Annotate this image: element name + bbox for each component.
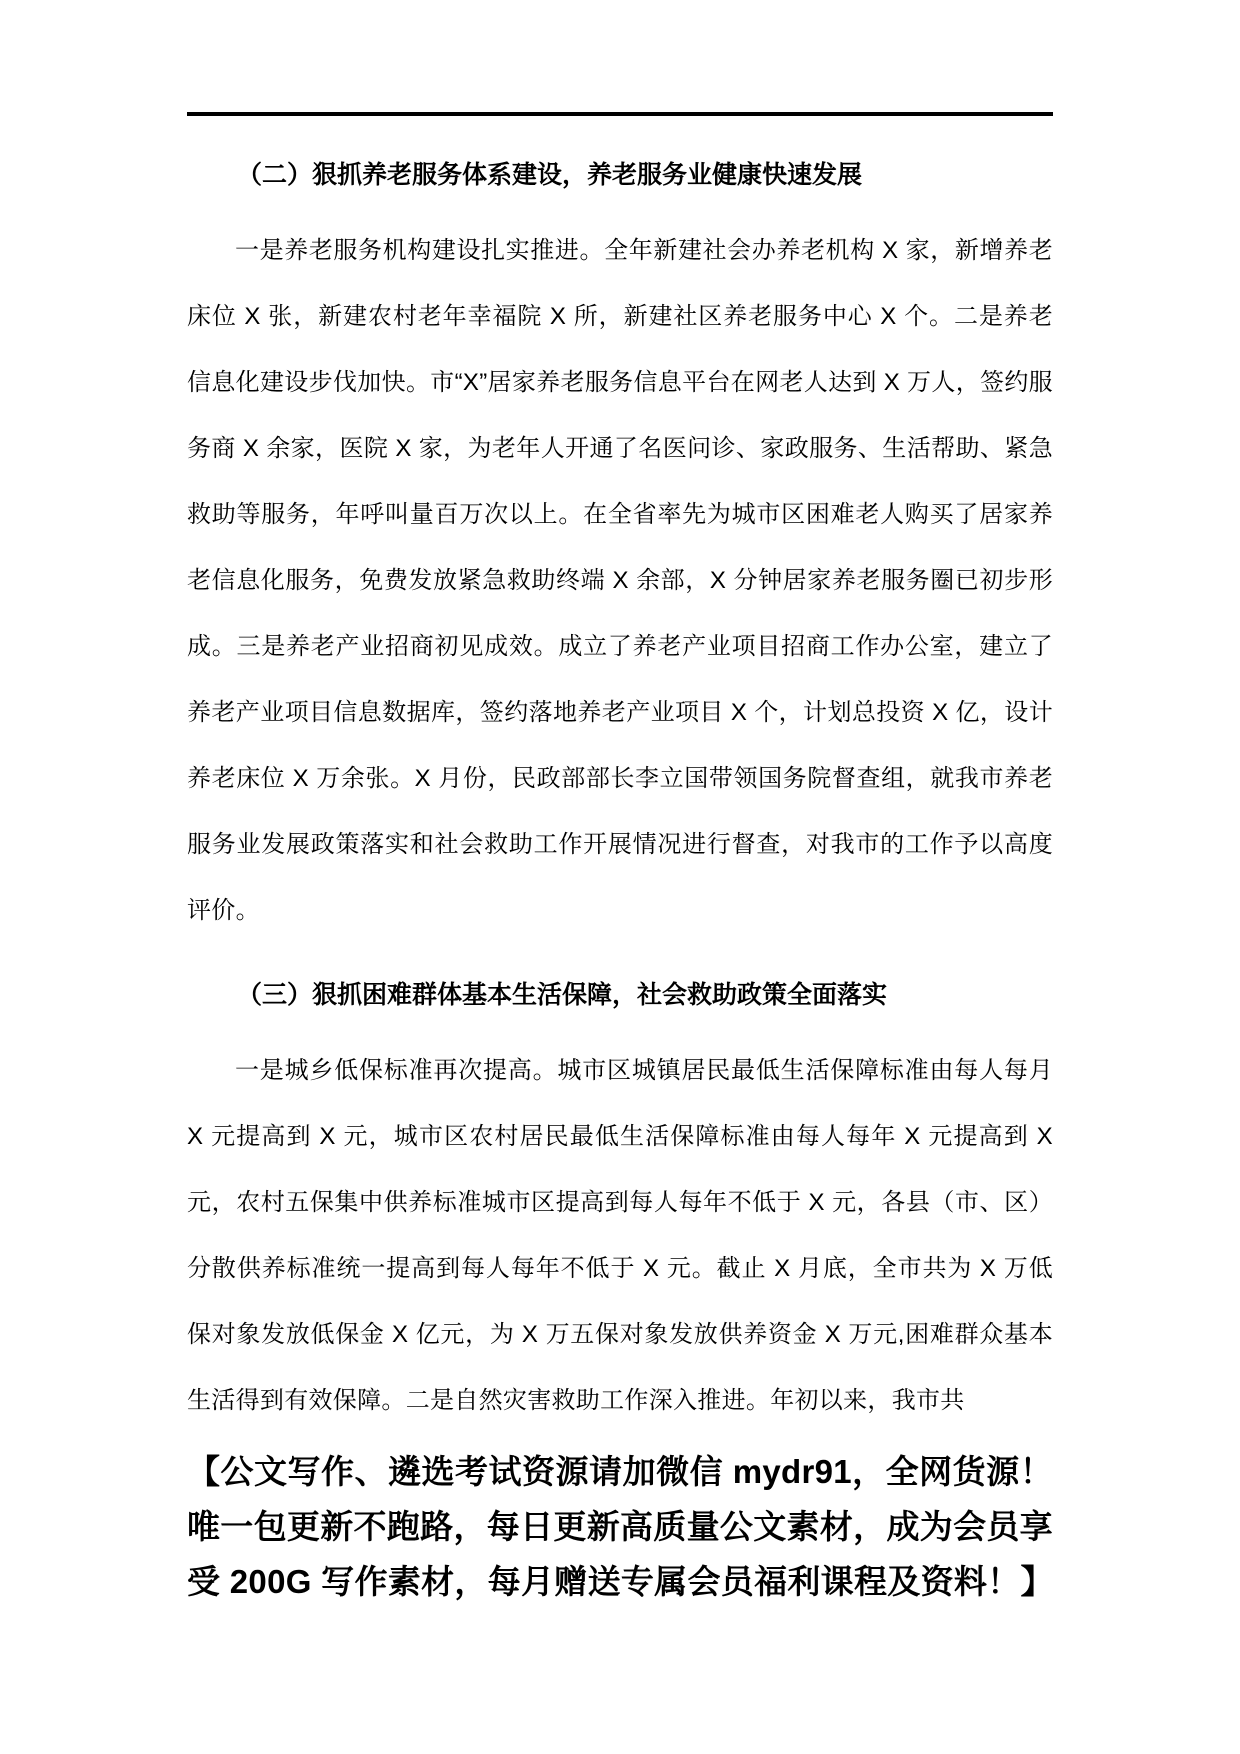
section-heading-3: （三）狠抓困难群体基本生活保障，社会救助政策全面落实: [187, 962, 1053, 1028]
section-heading-2: （二）狠抓养老服务体系建设，养老服务业健康快速发展: [187, 142, 1053, 208]
promo-text: 【公文写作、遴选考试资源请加微信 mydr91，全网货源！唯一包更新不跑路，每日…: [187, 1444, 1053, 1609]
header-rule: [187, 112, 1053, 116]
section-2-paragraph: 一是养老服务机构建设扎实推进。全年新建社会办养老机构 X 家，新增养老床位 X …: [187, 218, 1053, 944]
document-page: （二）狠抓养老服务体系建设，养老服务业健康快速发展 一是养老服务机构建设扎实推进…: [0, 0, 1240, 1754]
section-3-paragraph: 一是城乡低保标准再次提高。城市区城镇居民最低生活保障标准由每人每月 X 元提高到…: [187, 1038, 1053, 1434]
